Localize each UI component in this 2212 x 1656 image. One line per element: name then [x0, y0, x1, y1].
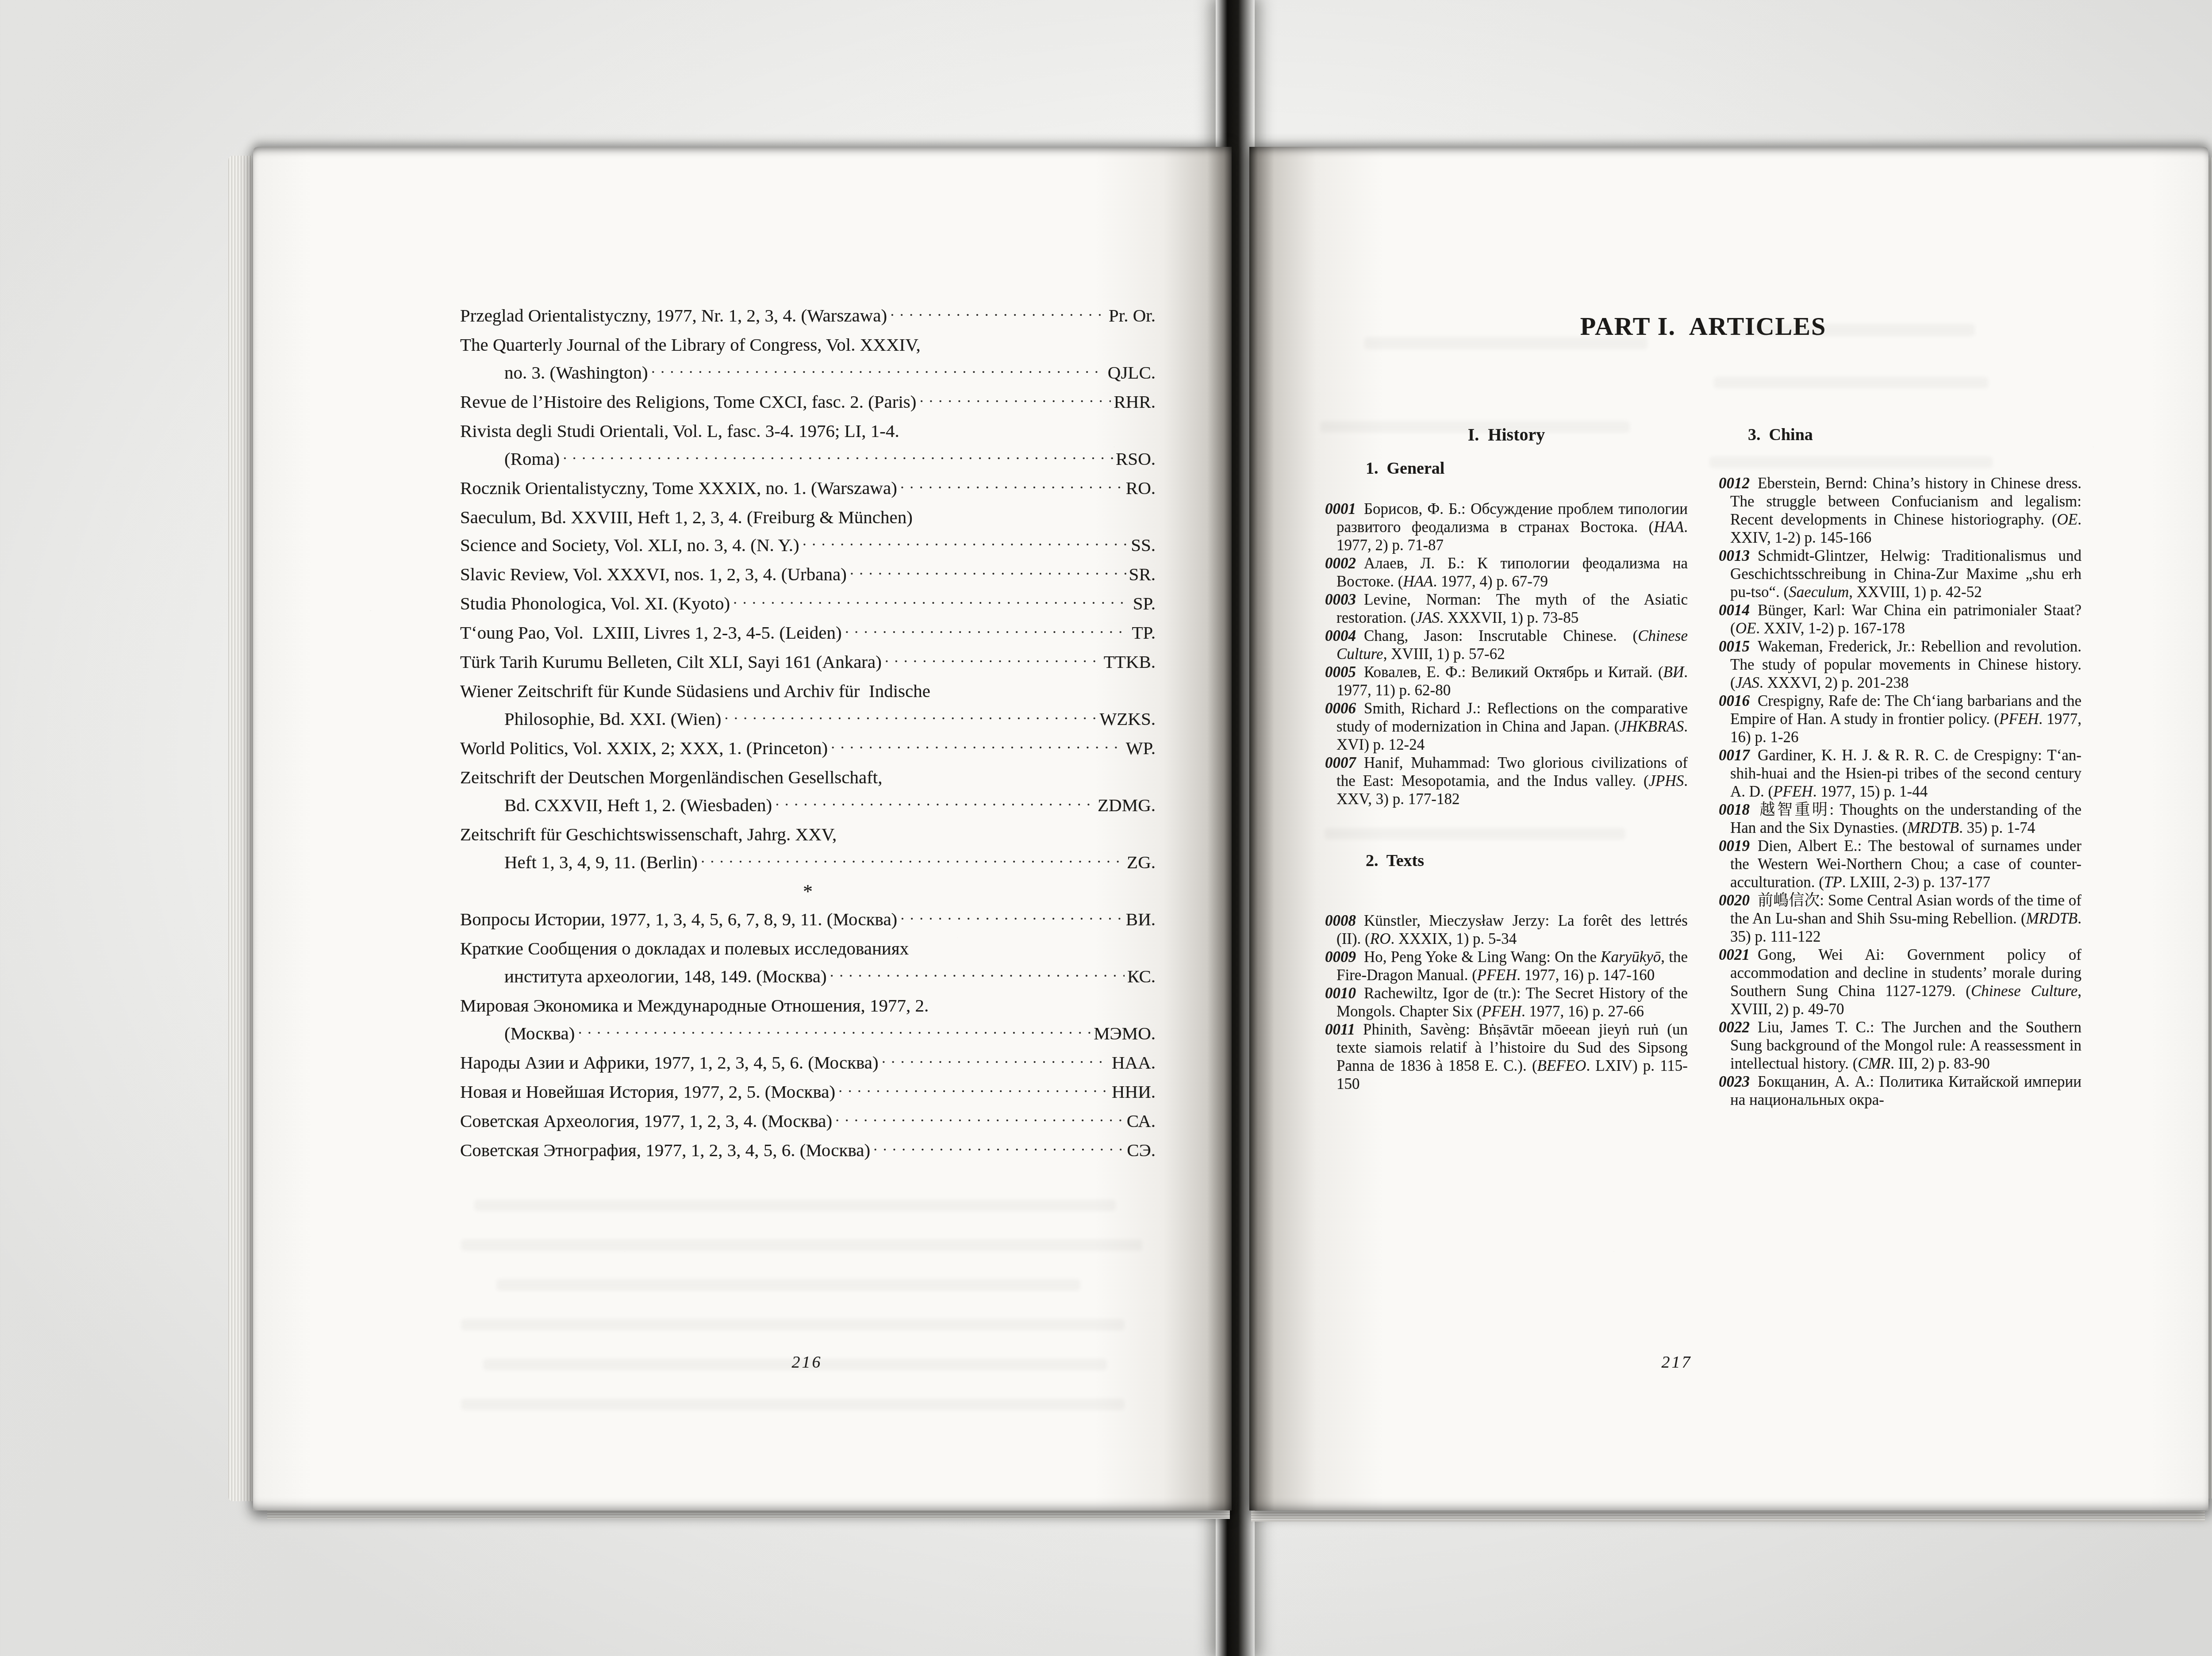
periodical-title: Bd. CXXVII, Heft 1, 2. (Wiesbaden) [460, 791, 772, 819]
entry-text: 越智重明: Thoughts on the understanding of t… [1730, 801, 2081, 836]
leader-dots [884, 646, 1101, 675]
periodical-title: института археологии, 148, 149. (Москва) [460, 962, 827, 990]
periodical-title: Советская Археология, 1977, 1, 2, 3, 4. … [460, 1107, 832, 1135]
entry-number: 0003 [1325, 591, 1356, 608]
periodical-title: T‘oung Pao, Vol. LXIII, Livres 1, 2-3, 4… [460, 619, 842, 647]
entry-number: 0008 [1325, 912, 1356, 929]
periodical-row: Мировая Экономика и Международные Отноше… [460, 992, 1156, 1020]
bibliography-entry: 0018越智重明: Thoughts on the understanding … [1719, 801, 2081, 837]
entry-number: 0004 [1325, 627, 1356, 644]
bibliography-entry: 0012Eberstein, Bernd: China’s history in… [1719, 474, 2081, 547]
periodical-row: Советская Археология, 1977, 1, 2, 3, 4. … [460, 1107, 1156, 1136]
leader-dots [802, 529, 1128, 559]
entry-text: Bünger, Karl: War China ein patrimoniale… [1730, 602, 2081, 637]
journal-abbreviation: QJLC. [1108, 359, 1156, 387]
entry-text: Phinith, Savèng: Bṅṣāvtār mōeean jieyṅ r… [1336, 1021, 1688, 1092]
entry-number: 0010 [1325, 985, 1356, 1002]
periodical-row: (Москва)МЭМО. [460, 1020, 1156, 1049]
subsection-heading: 3. China [1719, 425, 2081, 445]
entry-text: Бокщанин, А. А.: Политика Китайской импе… [1730, 1073, 2081, 1108]
subsection-heading: 1. General [1325, 458, 1688, 479]
periodical-title: * [803, 881, 813, 902]
bleed-through-ghost [461, 1319, 1125, 1330]
journal-abbreviation: ВИ. [1126, 905, 1156, 933]
periodical-title: Вопросы Истории, 1977, 1, 3, 4, 5, 6, 7,… [460, 905, 897, 933]
periodical-title: Rivista degli Studi Orientali, Vol. L, f… [460, 417, 899, 445]
leader-dots [849, 559, 1126, 588]
periodical-row: Zeitschrift für Geschichtswissenschaft, … [460, 820, 1156, 848]
journal-abbreviation: СЭ. [1127, 1136, 1156, 1164]
periodical-row: Народы Азии и Африки, 1977, 1, 2, 3, 4, … [460, 1049, 1156, 1078]
entry-number: 0018 [1719, 801, 1750, 818]
bleed-through-ghost [461, 1399, 1125, 1410]
entry-number: 0020 [1719, 892, 1750, 909]
right-page: PART I. ARTICLES I. History1. General000… [1249, 147, 2208, 1510]
column-history-general-texts: I. History1. General0001Борисов, Ф. Б.: … [1325, 425, 1688, 1109]
entry-text: Gong, Wei Ai: Government policy of accom… [1730, 946, 2081, 1018]
journal-abbreviation: СА. [1127, 1107, 1156, 1135]
bleed-through-ghost [461, 1239, 1142, 1251]
entry-number: 0011 [1325, 1021, 1355, 1038]
periodical-title: Heft 1, 3, 4, 9, 11. (Berlin) [460, 848, 698, 876]
entry-text: Ho, Peng Yoke & Ling Wang: On the Karyūk… [1336, 948, 1688, 984]
periodical-title: Народы Азии и Африки, 1977, 1, 2, 3, 4, … [460, 1049, 879, 1077]
bleed-through-ghost [474, 1200, 1116, 1211]
journal-abbreviation: WZKS. [1100, 705, 1156, 733]
bibliography-entry: 0022Liu, James T. C.: The Jurchen and th… [1719, 1018, 2081, 1073]
periodical-title: Zeitschrift der Deutschen Morgenländisch… [460, 763, 882, 791]
journal-abbreviation: SR. [1129, 560, 1156, 588]
bleed-through-ghost [1714, 377, 1988, 388]
bibliography-entry: 0023Бокщанин, А. А.: Политика Китайской … [1719, 1073, 2081, 1109]
journal-abbreviation: RO. [1126, 474, 1156, 502]
journal-abbreviation: ZG. [1127, 848, 1156, 876]
entry-number: 0014 [1719, 602, 1750, 619]
entry-number: 0021 [1719, 946, 1750, 963]
periodical-title: Türk Tarih Kurumu Belleten, Cilt XLI, Sa… [460, 648, 882, 676]
periodical-title: Philosophie, Bd. XXI. (Wien) [460, 705, 721, 733]
entry-number: 0006 [1325, 700, 1356, 717]
column-china: 3. China0012Eberstein, Bernd: China’s hi… [1719, 425, 2081, 1109]
page-number-left: 216 [792, 1353, 822, 1372]
periodical-title: Slavic Review, Vol. XXXVI, nos. 1, 2, 3,… [460, 560, 847, 588]
periodical-title: Przeglad Orientalistyczny, 1977, Nr. 1, … [460, 302, 887, 330]
journal-abbreviation: КС. [1127, 962, 1156, 990]
entry-number: 0002 [1325, 555, 1356, 572]
periodical-title: Zeitschrift für Geschichtswissenschaft, … [460, 820, 837, 848]
leader-dots [562, 443, 1113, 472]
periodical-title: World Politics, Vol. XXIX, 2; XXX, 1. (P… [460, 734, 828, 762]
bibliography-entry: 0011Phinith, Savèng: Bṅṣāvtār mōeean jie… [1325, 1020, 1688, 1093]
leader-dots [700, 847, 1124, 876]
journal-abbreviation: WP. [1126, 734, 1156, 762]
periodicals-list: Przeglad Orientalistyczny, 1977, Nr. 1, … [460, 302, 1156, 1165]
journal-abbreviation: SS. [1131, 531, 1156, 559]
periodical-row: Rivista degli Studi Orientali, Vol. L, f… [460, 417, 1156, 445]
entry-text: Rachewiltz, Igor de (tr.): The Secret Hi… [1336, 985, 1688, 1020]
bibliography-entry: 0021Gong, Wei Ai: Government policy of a… [1719, 946, 2081, 1018]
entry-number: 0001 [1325, 500, 1356, 517]
journal-abbreviation: TP. [1132, 619, 1156, 647]
entry-number: 0005 [1325, 663, 1356, 681]
entry-number: 0016 [1719, 692, 1750, 709]
bibliography-entry: 0003Levine, Norman: The myth of the Asia… [1325, 590, 1688, 627]
periodical-row: The Quarterly Journal of the Library of … [460, 331, 1156, 359]
leader-dots [873, 1135, 1124, 1164]
entry-text: Wakeman, Frederick, Jr.: Rebellion and r… [1730, 638, 2081, 691]
periodical-row: Saeculum, Bd. XXVIII, Heft 1, 2, 3, 4. (… [460, 503, 1156, 531]
entry-text: Ковалев, Е. Ф.: Великий Октябрь и Китай.… [1336, 663, 1688, 699]
entry-text: Gardiner, K. H. J. & R. R. C. de Crespig… [1730, 747, 2081, 800]
leader-dots [577, 1018, 1091, 1047]
entry-number: 0017 [1719, 747, 1750, 764]
periodical-row: T‘oung Pao, Vol. LXIII, Livres 1, 2-3, 4… [460, 619, 1156, 648]
bibliography-entry: 0009Ho, Peng Yoke & Ling Wang: On the Ka… [1325, 948, 1688, 984]
journal-abbreviation: TTKB. [1104, 648, 1156, 676]
periodical-title: no. 3. (Washington) [460, 359, 648, 387]
periodical-title: Краткие Сообщения о докладах и полевых и… [460, 935, 909, 962]
entry-text: 前嶋信次: Some Central Asian words of the ti… [1730, 892, 2081, 945]
bibliography-entry: 0001Борисов, Ф. Б.: Обсуждение проблем т… [1325, 500, 1688, 554]
periodical-row: Bd. CXXVII, Heft 1, 2. (Wiesbaden)ZDMG. [460, 791, 1156, 820]
leader-dots [890, 300, 1106, 329]
periodical-row: (Roma)RSO. [460, 445, 1156, 474]
journal-abbreviation: SP. [1133, 590, 1156, 617]
entry-text: Борисов, Ф. Б.: Обсуждение проблем типол… [1336, 500, 1688, 554]
entry-text: Levine, Norman: The myth of the Asiatic … [1336, 591, 1688, 626]
entry-text: Künstler, Mieczysław Jerzy: La forêt des… [1336, 912, 1688, 947]
leader-dots [900, 904, 1123, 933]
bibliography-entry: 0013Schmidt-Glintzer, Helwig: Traditiona… [1719, 547, 2081, 601]
periodical-row: Краткие Сообщения о докладах и полевых и… [460, 935, 1156, 962]
bleed-through-ghost [496, 1279, 1080, 1291]
leader-dots [651, 357, 1105, 386]
journal-abbreviation: RSO. [1116, 445, 1156, 473]
journal-abbreviation: Pr. Or. [1109, 302, 1156, 330]
subsection-heading: 2. Texts [1325, 851, 1688, 871]
separator-row: * [460, 878, 1156, 905]
periodical-row: института археологии, 148, 149. (Москва)… [460, 962, 1156, 992]
periodical-title: Советская Этнография, 1977, 1, 2, 3, 4, … [460, 1136, 870, 1164]
entry-text: Chang, Jason: Inscrutable Chinese. (Chin… [1336, 627, 1688, 663]
entry-text: Eberstein, Bernd: China’s history in Chi… [1730, 475, 2081, 546]
periodical-title: Новая и Новейшая История, 1977, 2, 5. (М… [460, 1078, 835, 1106]
bibliography-entry: 0005Ковалев, Е. Ф.: Великий Октябрь и Ки… [1325, 663, 1688, 699]
journal-abbreviation: ННИ. [1112, 1078, 1156, 1106]
bibliography-entry: 0004Chang, Jason: Inscrutable Chinese. (… [1325, 627, 1688, 663]
entry-number: 0012 [1719, 475, 1750, 492]
periodical-title: Rocznik Orientalistyczny, Tome XXXIX, no… [460, 474, 897, 502]
leader-dots [838, 1076, 1109, 1105]
periodical-row: Heft 1, 3, 4, 9, 11. (Berlin)ZG. [460, 848, 1156, 878]
leader-dots [775, 790, 1095, 819]
entry-number: 0013 [1719, 547, 1750, 564]
bibliography-entry: 0019Dien, Albert E.: The bestowal of sur… [1719, 837, 2081, 891]
periodical-row: Studia Phonologica, Vol. XI. (Kyoto)SP. [460, 590, 1156, 619]
periodical-row: Przeglad Orientalistyczny, 1977, Nr. 1, … [460, 302, 1156, 331]
journal-abbreviation: МЭМО. [1094, 1020, 1156, 1047]
bibliography-entry: 0008Künstler, Mieczysław Jerzy: La forêt… [1325, 912, 1688, 948]
periodical-row: Советская Этнография, 1977, 1, 2, 3, 4, … [460, 1136, 1156, 1165]
periodical-title: (Roma) [460, 445, 560, 473]
entry-number: 0007 [1325, 754, 1356, 771]
part-header: PART I. ARTICLES [1325, 311, 2081, 341]
periodical-row: Philosophie, Bd. XXI. (Wien)WZKS. [460, 705, 1156, 734]
bibliography-entry: 0017Gardiner, K. H. J. & R. R. C. de Cre… [1719, 746, 2081, 801]
bibliography-entry: 0016Crespigny, Rafe de: The Ch‘iang barb… [1719, 692, 2081, 746]
entry-text: Schmidt-Glintzer, Helwig: Traditionalism… [1730, 547, 2081, 601]
journal-abbreviation: НАА. [1112, 1049, 1156, 1077]
periodical-row: no. 3. (Washington)QJLC. [460, 359, 1156, 388]
periodical-title: Мировая Экономика и Международные Отноше… [460, 992, 929, 1020]
journal-abbreviation: ZDMG. [1098, 791, 1156, 819]
bibliography-entry: 0010Rachewiltz, Igor de (tr.): The Secre… [1325, 984, 1688, 1020]
page-edge-stack-left [228, 156, 255, 1501]
bibliography-entry: 0002Алаев, Л. Б.: К типологии феодализма… [1325, 554, 1688, 590]
bibliography-entry: 0015Wakeman, Frederick, Jr.: Rebellion a… [1719, 637, 2081, 692]
journal-abbreviation: RHR. [1114, 388, 1156, 416]
periodical-row: Rocznik Orientalistyczny, Tome XXXIX, no… [460, 474, 1156, 503]
left-page: Przeglad Orientalistyczny, 1977, Nr. 1, … [253, 147, 1232, 1510]
leader-dots [845, 617, 1129, 646]
periodical-row: Новая и Новейшая История, 1977, 2, 5. (М… [460, 1078, 1156, 1107]
periodical-row: Science and Society, Vol. XLI, no. 3, 4.… [460, 531, 1156, 560]
entry-text: Crespigny, Rafe de: The Ch‘iang barbaria… [1730, 692, 2081, 746]
bibliography-entry: 0006Smith, Richard J.: Reflections on th… [1325, 699, 1688, 754]
bibliography-entry: 0007Hanif, Muhammad: Two glorious civili… [1325, 754, 1688, 808]
entry-text: Hanif, Muhammad: Two glorious civilizati… [1336, 754, 1688, 808]
entry-text: Liu, James T. C.: The Jurchen and the So… [1730, 1019, 2081, 1072]
entry-text: Алаев, Л. Б.: К типологии феодализма на … [1336, 555, 1688, 590]
periodical-title: Revue de l’Histoire des Religions, Tome … [460, 388, 916, 416]
periodical-title: (Москва) [460, 1020, 575, 1047]
entry-number: 0009 [1325, 948, 1356, 966]
article-columns: I. History1. General0001Борисов, Ф. Б.: … [1325, 425, 2081, 1109]
periodical-title: Studia Phonologica, Vol. XI. (Kyoto) [460, 590, 730, 617]
leader-dots [829, 961, 1125, 990]
periodical-row: World Politics, Vol. XXIX, 2; XXX, 1. (P… [460, 734, 1156, 763]
periodical-row: Вопросы Истории, 1977, 1, 3, 4, 5, 6, 7,… [460, 905, 1156, 935]
entry-number: 0019 [1719, 837, 1750, 855]
entry-text: Smith, Richard J.: Reflections on the co… [1336, 700, 1688, 753]
periodical-row: Türk Tarih Kurumu Belleten, Cilt XLI, Sa… [460, 648, 1156, 677]
periodical-title: Saeculum, Bd. XXVIII, Heft 1, 2, 3, 4. (… [460, 503, 913, 531]
leader-dots [835, 1105, 1124, 1135]
entry-number: 0022 [1719, 1019, 1750, 1036]
section-heading: I. History [1325, 425, 1688, 445]
entry-text: Dien, Albert E.: The bestowal of surname… [1730, 837, 2081, 891]
leader-dots [724, 703, 1097, 732]
page-edge-stack-bottom-right [1251, 1511, 2205, 1522]
book-scan: { "left_page": { "folio": "216", "period… [0, 0, 2212, 1656]
leader-dots [733, 588, 1130, 617]
periodical-row: Wiener Zeitschrift für Kunde Südasiens u… [460, 677, 1156, 705]
periodical-title: Science and Society, Vol. XLI, no. 3, 4.… [460, 531, 799, 559]
periodical-row: Revue de l’Histoire des Religions, Tome … [460, 388, 1156, 417]
periodical-title: The Quarterly Journal of the Library of … [460, 331, 921, 359]
bibliography-entry: 0020前嶋信次: Some Central Asian words of th… [1719, 891, 2081, 946]
page-edge-stack-bottom-left [267, 1510, 1230, 1519]
bibliography-entry: 0014Bünger, Karl: War China ein patrimon… [1719, 601, 2081, 637]
leader-dots [919, 386, 1111, 415]
periodical-row: Zeitschrift der Deutschen Morgenländisch… [460, 763, 1156, 791]
entry-number: 0015 [1719, 638, 1750, 655]
entry-number: 0023 [1719, 1073, 1750, 1090]
leader-dots [881, 1047, 1109, 1076]
periodical-row: Slavic Review, Vol. XXXVI, nos. 1, 2, 3,… [460, 560, 1156, 590]
page-number-right: 217 [1662, 1353, 1692, 1372]
periodical-title: Wiener Zeitschrift für Kunde Südasiens u… [460, 677, 930, 705]
leader-dots [830, 732, 1123, 762]
leader-dots [900, 472, 1123, 502]
